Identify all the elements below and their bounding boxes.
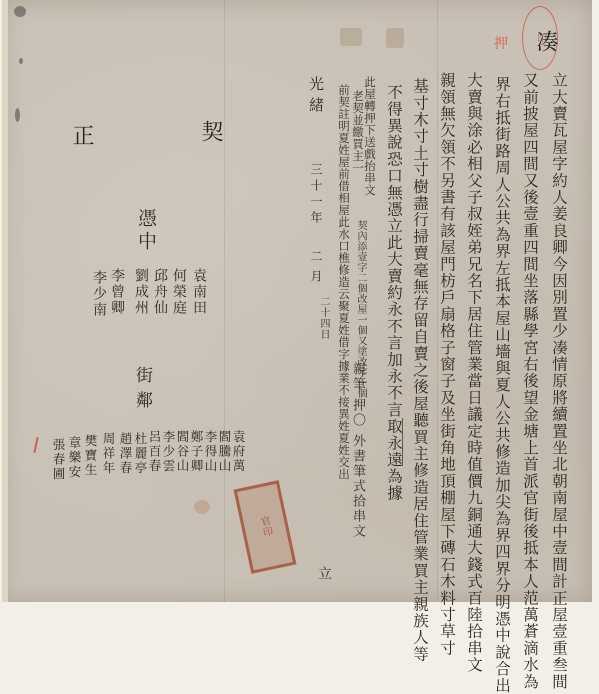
neighbor-name: 李得山 xyxy=(204,430,217,474)
red-seal-mark: 押 xyxy=(494,33,508,53)
title-qi: 契 xyxy=(195,120,226,143)
date-day: 二十四日 xyxy=(316,296,331,340)
ink-spot xyxy=(19,58,23,64)
neighbor-name: 鄭子卿 xyxy=(190,430,203,474)
neighbor-name: 閻騰山 xyxy=(218,430,231,474)
ink-spot xyxy=(15,108,20,122)
body-column-1: 立大賣瓦屋字約人姜良卿今因別置少凑情原將續置坐北朝南屋中壹間計正屋壹重叁間 xyxy=(551,72,567,610)
witness-heading-2: 中 xyxy=(135,231,157,254)
neighbor-name: 周祥年 xyxy=(102,432,115,476)
date-year: 三十一年 xyxy=(308,163,325,227)
witness-name: 李曾卿 xyxy=(109,268,124,316)
neighbor-heading-2: 鄰 xyxy=(132,391,152,416)
signature-line: 親筆 押〇 外書筆式拾串文 xyxy=(351,362,363,539)
neighbor-name: 章樂安 xyxy=(68,436,81,480)
paper-edge xyxy=(2,0,8,602)
closing-flourish xyxy=(402,418,403,466)
note-column-1: 此屋轉押下送戲抬串文 xyxy=(364,76,376,196)
witness-heading: 憑中 xyxy=(136,208,156,254)
fold-line xyxy=(224,0,225,602)
date-era: 光緒 xyxy=(306,76,327,118)
seal-text: 官印 xyxy=(255,515,274,540)
witness-name: 邱舟仙 xyxy=(152,268,167,316)
body-column-4: 大賣與涂必相父子叔姪弟兄名下居住管業當日議定時值價九銅通大錢式百陸拾串文 xyxy=(466,72,482,610)
witness-name: 李少南 xyxy=(91,270,106,318)
witness-heading-1: 憑 xyxy=(135,208,157,231)
faded-seal-mark xyxy=(386,28,404,48)
date-month: 二月 xyxy=(308,250,325,290)
witness-name: 袁南田 xyxy=(191,268,206,316)
neighbor-name: 趙澤春 xyxy=(119,432,132,476)
body-column-6: 基寸木寸土寸樹盡行掃賣毫無存留自賣之後屋聽買主修造居住管業買主親族人等 xyxy=(412,78,428,610)
faded-seal-mark xyxy=(340,28,362,46)
red-tick-mark xyxy=(33,437,38,453)
neighbor-heading-1: 街 xyxy=(132,366,152,391)
body-column-5: 親領無欠領不另書有該屋門枋戶扇格子窗子及坐街角地頂棚屋下磚石木料寸草寸 xyxy=(439,72,455,610)
neighbor-heading: 街鄰 xyxy=(133,366,151,416)
official-seal: 官印 xyxy=(234,480,297,574)
neighbor-name: 杜麗亭 xyxy=(134,432,147,476)
note-column-3: 前契註明夏姓屋前借相屋此水口樵修造云聚夏姓借字據業不接異姓夏姓交出 xyxy=(338,84,350,480)
witness-name: 劉成州 xyxy=(133,268,148,316)
neighbor-name: 袁府萬 xyxy=(232,430,245,474)
body-column-3: 界右抵街路周人公共為界左抵本屋山墻與夏人公共修造加尖為界四界分明憑中說合出 xyxy=(494,76,510,610)
neighbor-name: 閻谷山 xyxy=(176,430,189,474)
neighbor-name: 樊寶生 xyxy=(84,434,97,478)
body-column-7: 不得異說恐口無憑立此大賣約永不言加永不言取永遠為據 xyxy=(386,84,402,502)
document-sheet: 印 押 凑 立大賣瓦屋字約人姜良卿今因別置少凑情原將續置坐北朝南屋中壹間計正屋壹… xyxy=(2,0,592,602)
witness-name: 何榮庭 xyxy=(171,268,186,316)
neighbor-name: 李少雲 xyxy=(162,430,175,474)
heading-character: 凑 xyxy=(530,30,561,53)
neighbor-name: 張春圃 xyxy=(52,438,65,482)
note-column-2: 老契並繳買主一 xyxy=(352,90,364,174)
title-zheng: 正 xyxy=(66,124,97,147)
faded-seal-mark xyxy=(194,500,210,514)
ink-spot xyxy=(14,6,26,17)
neighbor-name: 呂百春 xyxy=(148,430,161,474)
body-column-2: 又前披屋四間又後壹重四間坐落縣學宮右後望金塘上首派官街後抵本人范萬蒼滴水為 xyxy=(522,72,538,610)
date-suffix: 立 xyxy=(314,566,334,581)
